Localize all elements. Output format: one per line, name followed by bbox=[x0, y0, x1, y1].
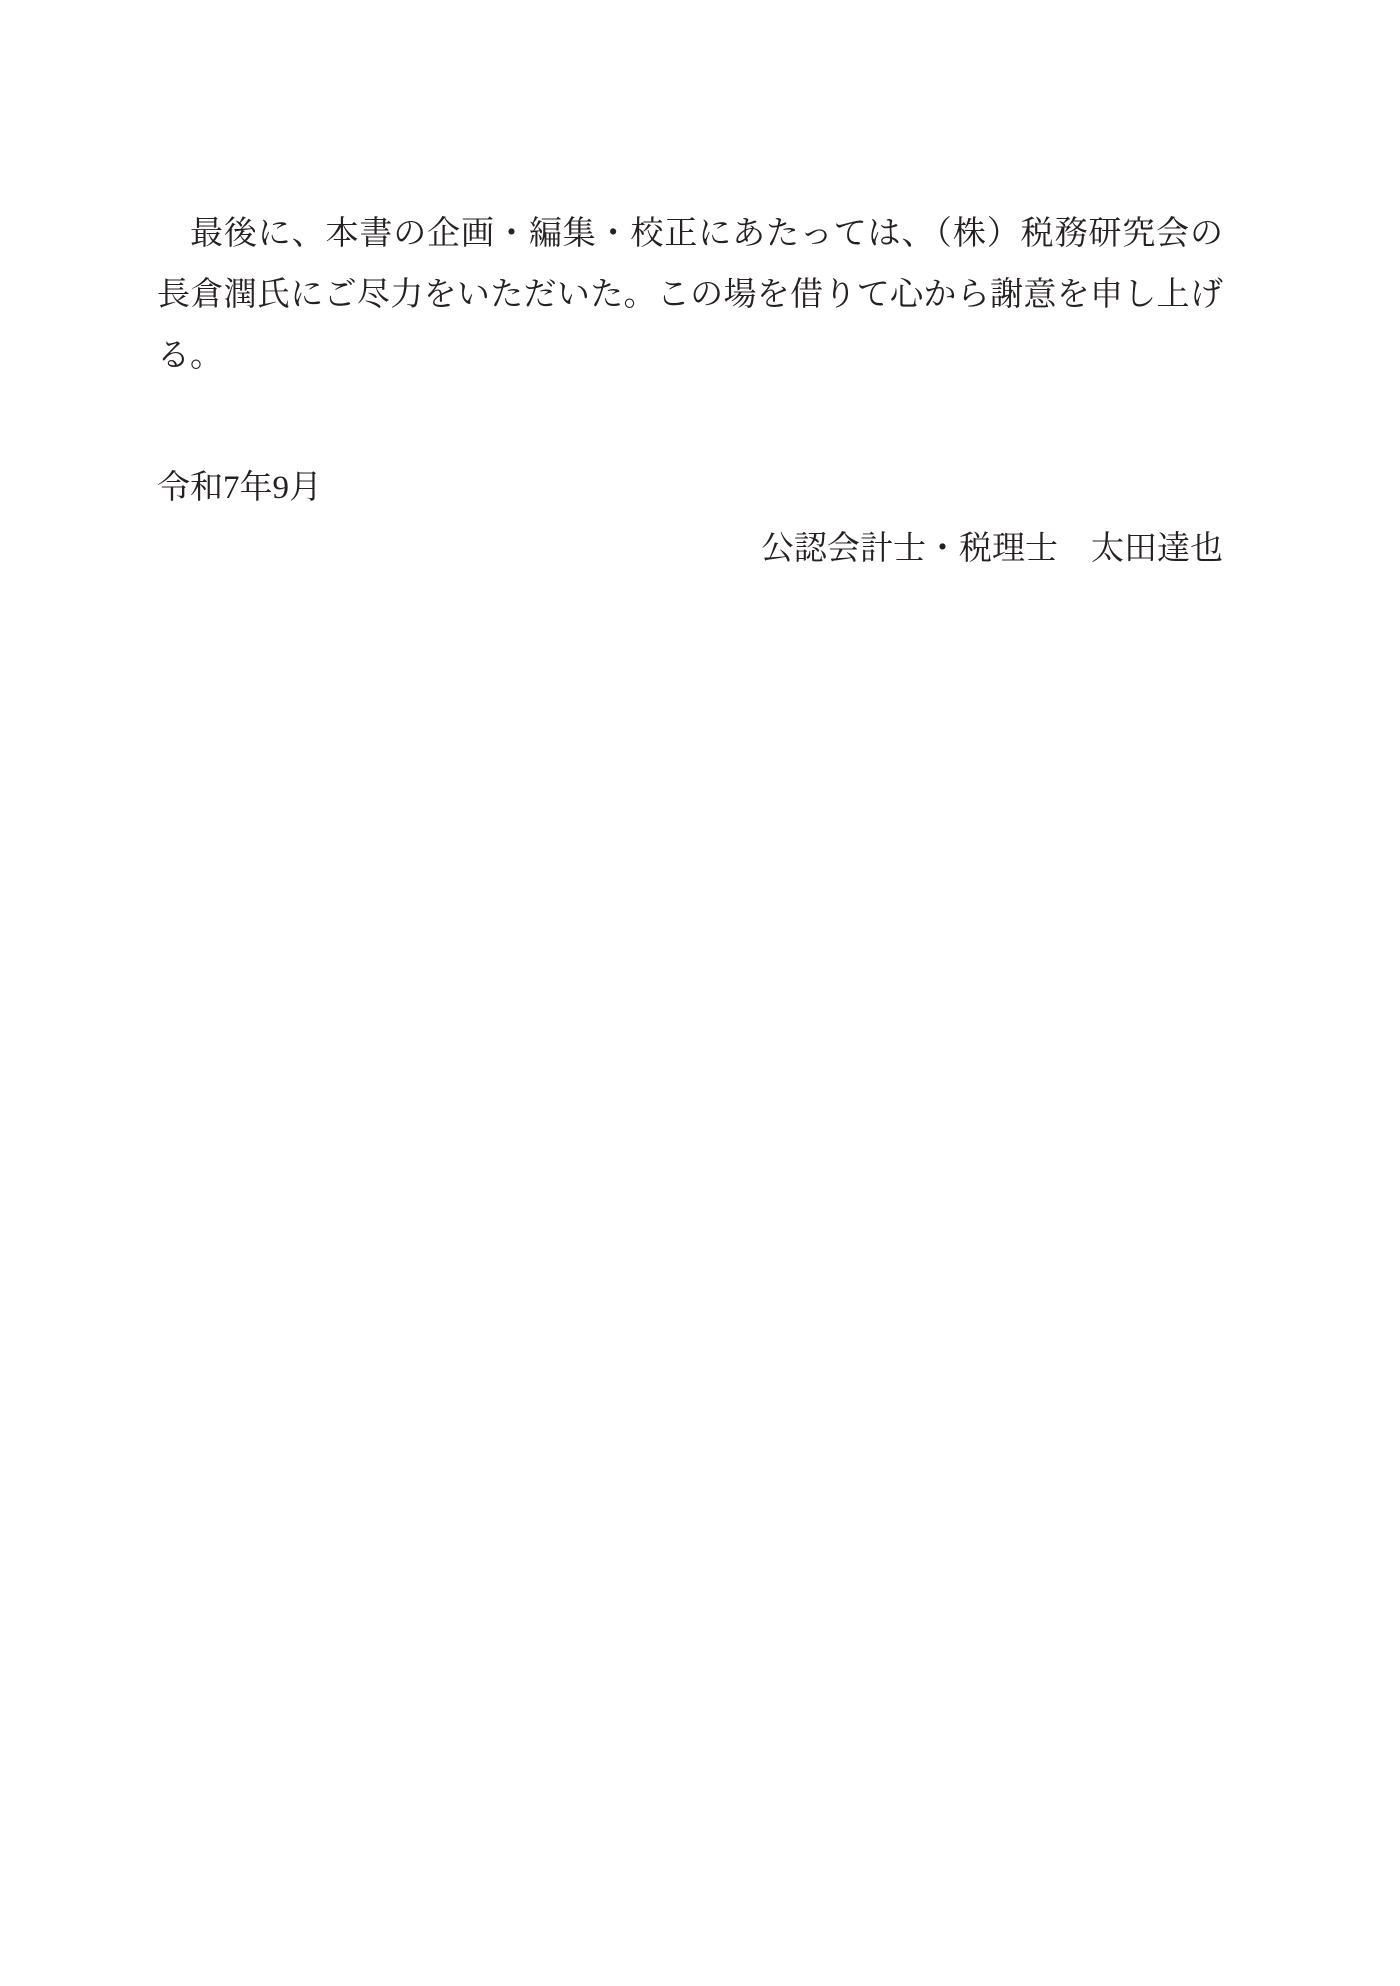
author-signature-text: 公認会計士・税理士 太田達也 bbox=[157, 519, 1223, 580]
paragraph-line-1: 最後に、本書の企画・編集・校正にあたっては、（株）税務研究会の bbox=[157, 204, 1223, 265]
afterword-text-block: 最後に、本書の企画・編集・校正にあたっては、（株）税務研究会の 長倉潤氏にご尽力… bbox=[157, 204, 1223, 580]
paragraph-line-2: 長倉潤氏にご尽力をいただいた。この場を借りて心から謝意を申し上げ bbox=[157, 265, 1223, 326]
paragraph-line-3: る。 bbox=[157, 326, 1223, 387]
document-page: 最後に、本書の企画・編集・校正にあたっては、（株）税務研究会の 長倉潤氏にご尽力… bbox=[0, 0, 1400, 1986]
era-date-text: 令和7年9月 bbox=[157, 458, 1223, 519]
